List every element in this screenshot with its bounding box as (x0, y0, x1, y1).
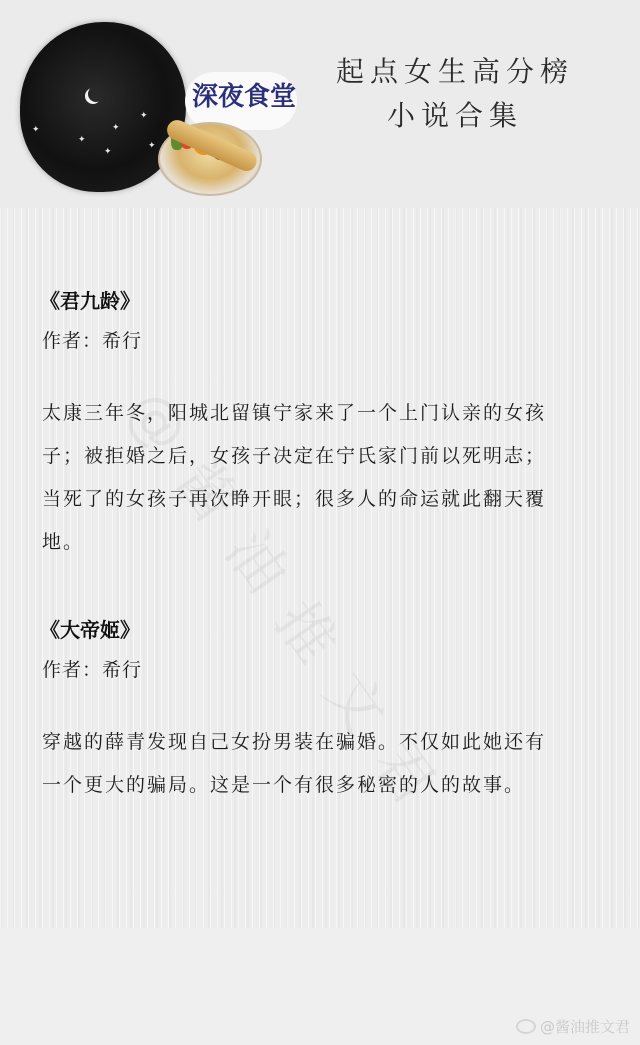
header-banner: ✦ ✦ ✦ ✦ ✦ ✦ 深夜食堂 起点女生高分榜 小说合集 (0, 0, 640, 208)
book-description: 太康三年冬，阳城北留镇宁家来了一个上门认亲的女孩子；被拒婚之后，女孩子决定在宁氏… (42, 392, 562, 564)
book-entry: 《君九龄》 作者：希行 太康三年冬，阳城北留镇宁家来了一个上门认亲的女孩子；被拒… (42, 286, 602, 564)
weibo-watermark: @酱油推文君 (516, 1016, 630, 1037)
weibo-icon (516, 1019, 536, 1034)
star-icon: ✦ (104, 148, 112, 157)
book-title: 《大帝姬》 (40, 615, 602, 645)
star-icon: ✦ (148, 142, 156, 151)
star-icon: ✦ (112, 124, 120, 133)
star-icon: ✦ (140, 112, 148, 121)
crescent-moon-icon (88, 86, 104, 102)
title-line-2: 小说合集 (300, 94, 610, 138)
book-author: 作者：希行 (42, 653, 602, 687)
title-line-1: 起点女生高分榜 (300, 50, 610, 94)
star-icon: ✦ (78, 136, 86, 145)
book-title: 《君九龄》 (40, 286, 602, 316)
weibo-handle: @酱油推文君 (540, 1016, 630, 1037)
page-title: 起点女生高分榜 小说合集 (300, 50, 610, 138)
book-author: 作者：希行 (42, 324, 602, 358)
book-entry: 《大帝姬》 作者：希行 穿越的薛青发现自己女扮男装在骗婚。不仅如此她还有一个更大… (42, 615, 602, 807)
star-icon: ✦ (32, 126, 40, 135)
book-description: 穿越的薛青发现自己女扮男装在骗婚。不仅如此她还有一个更大的骗局。这是一个有很多秘… (42, 721, 562, 807)
logo-text: 深夜食堂 (192, 76, 296, 113)
